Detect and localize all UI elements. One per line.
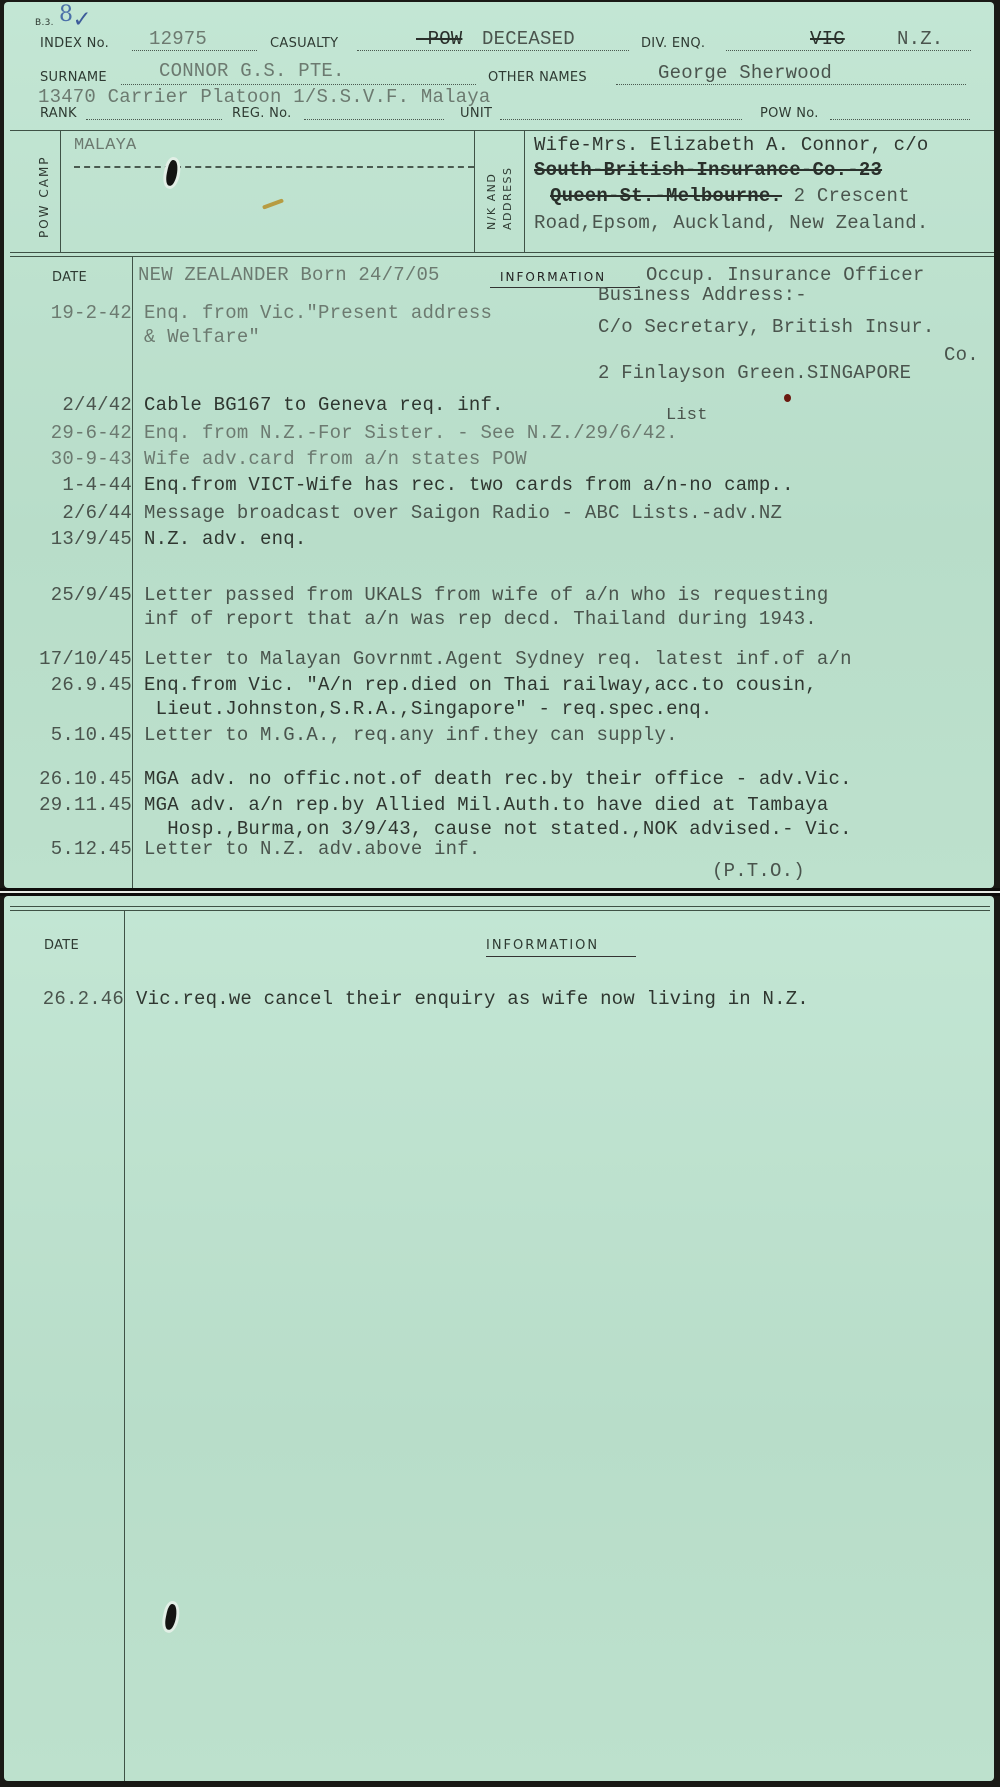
casualty-label: CASUALTY: [270, 36, 338, 51]
surname-label: SURNAME: [40, 70, 107, 85]
nk-address-line-4: Road,Epsom, Auckland, New Zealand.: [534, 212, 928, 234]
index-card-back: DATE INFORMATION 26.2.46Vic.req.we cance…: [4, 896, 994, 1781]
date-header: DATE: [44, 938, 79, 953]
entry-text: Hosp.,Burma,on 3/9/43, cause not stated.…: [144, 818, 852, 840]
entry-date: 30-9-43: [8, 448, 132, 470]
entry-text: Lieut.Johnston,S.R.A.,Singapore" - req.s…: [144, 698, 713, 720]
nk-address-label-1: N/K AND: [484, 173, 499, 230]
entry-date: 26.2.46: [4, 988, 124, 1010]
form-code: B.3.: [35, 18, 54, 28]
entry-date: 26.10.45: [8, 768, 132, 790]
entry-date: 13/9/45: [8, 528, 132, 550]
entry-text: MGA adv. a/n rep.by Allied Mil.Auth.to h…: [144, 794, 829, 816]
entry-date: 26.9.45: [8, 674, 132, 696]
unit-label: UNIT: [460, 106, 492, 121]
pto-note: (P.T.O.): [712, 860, 805, 882]
information-header: INFORMATION: [500, 270, 606, 284]
unit-line: 13470 Carrier Platoon 1/S.S.V.F. Malaya: [38, 86, 490, 108]
entry-text: Wife adv.card from a/n states POW: [144, 448, 527, 470]
entry-text: inf of report that a/n was rep decd. Tha…: [144, 608, 817, 630]
entry-date: 19-2-42: [8, 302, 132, 324]
index-card-front: B.3. 8 ✓ INDEX No. 12975 CASUALTY -POW D…: [4, 2, 994, 888]
entry-text: Message broadcast over Saigon Radio - AB…: [144, 502, 782, 524]
entry-date: 29-6-42: [8, 422, 132, 444]
other-names-value: George Sherwood: [658, 62, 832, 84]
entry-text: N.Z. adv. enq.: [144, 528, 306, 550]
information-header: INFORMATION: [486, 938, 599, 953]
entry-text: & Welfare": [144, 326, 260, 348]
nk-address-line-2: South-British-Insurance-Co.-23: [534, 159, 882, 181]
entry-text: Letter to M.G.A., req.any inf.they can s…: [144, 724, 678, 746]
nk-address-line-3: Queen-St.-Melbourne. 2 Crescent: [550, 185, 910, 207]
index-number: 12975: [149, 28, 207, 50]
handwritten-mark: 8: [59, 2, 73, 27]
check-mark-icon: ✓: [74, 4, 90, 35]
date-header: DATE: [52, 270, 87, 285]
pow-no-label: POW No.: [760, 106, 819, 121]
business-address-label: Business Address:-: [598, 284, 807, 306]
entry-date: 29.11.45: [8, 794, 132, 816]
nk-address-line-3-struck: Queen-St.-Melbourne.: [550, 185, 782, 207]
entry-date: 2/4/42: [8, 394, 132, 416]
entry-date: 2/6/44: [8, 502, 132, 524]
other-names-label: OTHER NAMES: [488, 70, 587, 85]
business-address-line-3: 2 Finlayson Green.SINGAPORE: [598, 362, 911, 384]
nk-address-label-2: ADDRESS: [500, 166, 515, 230]
nk-address-line-3-rest: 2 Crescent: [782, 185, 910, 207]
entry-text: Letter to N.Z. adv.above inf.: [144, 838, 480, 860]
entry-annotation: List: [666, 406, 708, 425]
business-address-line-1: C/o Secretary, British Insur.: [598, 316, 934, 338]
entry-text: Vic.req.we cancel their enquiry as wife …: [136, 988, 809, 1010]
casualty-status: DECEASED: [482, 28, 575, 50]
entry-date: 1-4-44: [8, 474, 132, 496]
casualty-struck: -POW: [416, 28, 462, 50]
index-label: INDEX No.: [40, 36, 109, 51]
occupation: Occup. Insurance Officer: [646, 264, 924, 286]
nk-address-line-1: Wife-Mrs. Elizabeth A. Connor, c/o: [534, 134, 928, 156]
entry-text: Enq. from N.Z.-For Sister. - See N.Z./29…: [144, 422, 678, 444]
entry-date: 5.12.45: [8, 838, 132, 860]
nz-born-line: NEW ZEALANDER Born 24/7/05: [138, 264, 440, 286]
entry-text: Letter passed from UKALS from wife of a/…: [144, 584, 829, 606]
pow-camp-value: MALAYA: [74, 136, 136, 155]
business-address-line-2: Co.: [944, 344, 979, 366]
entry-date: 25/9/45: [8, 584, 132, 606]
reg-no-label: REG. No.: [232, 106, 292, 121]
pow-camp-label: POW CAMP: [37, 155, 51, 238]
entry-text: Enq. from Vic."Present address: [144, 302, 492, 324]
surname-value: CONNOR G.S. PTE.: [159, 60, 345, 82]
card-separator: [0, 888, 1000, 896]
div-enq-value: N.Z.: [897, 28, 943, 50]
entry-date: 5.10.45: [8, 724, 132, 746]
div-enq-struck: VIC: [810, 28, 845, 50]
entry-date: 17/10/45: [8, 648, 132, 670]
div-enq-label: DIV. ENQ.: [641, 36, 705, 51]
entry-text: Cable BG167 to Geneva req. inf.: [144, 394, 504, 416]
entry-text: Enq.from Vic. "A/n rep.died on Thai rail…: [144, 674, 817, 696]
entry-text: MGA adv. no offic.not.of death rec.by th…: [144, 768, 852, 790]
entry-text: Enq.from VICT-Wife has rec. two cards fr…: [144, 474, 794, 496]
entry-text: Letter to Malayan Govrnmt.Agent Sydney r…: [144, 648, 852, 670]
rank-label: RANK: [40, 106, 77, 121]
